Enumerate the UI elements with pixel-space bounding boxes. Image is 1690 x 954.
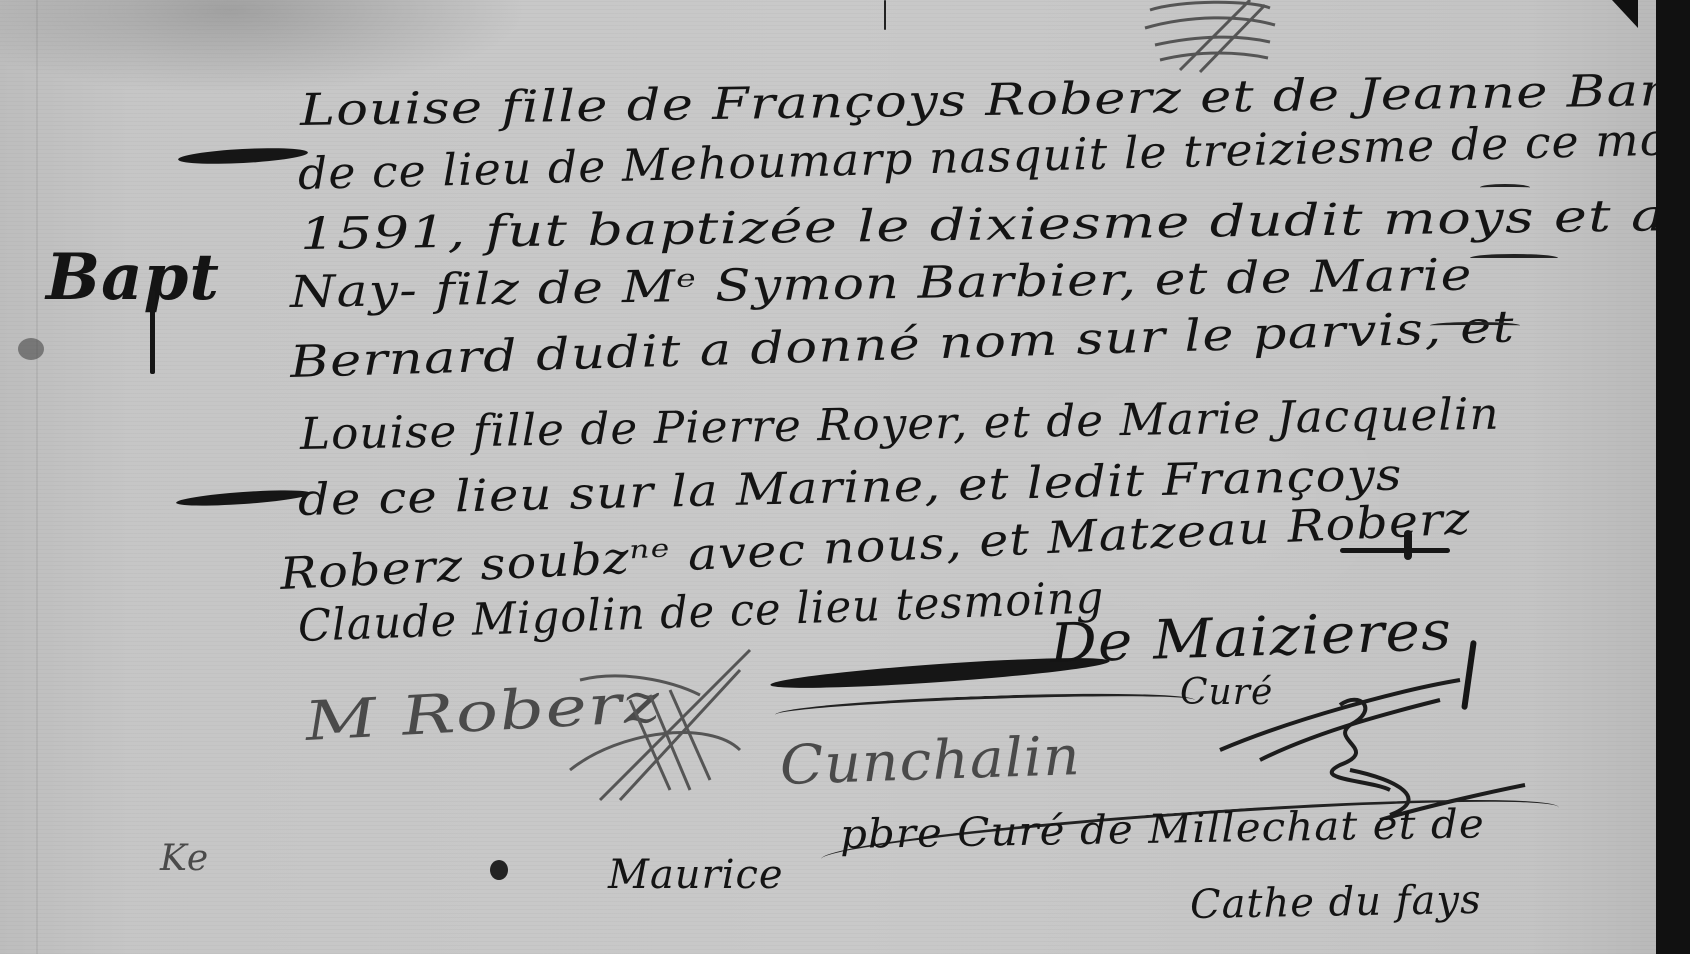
page-fold-line bbox=[36, 0, 38, 954]
entry-line-6: Louise fille de Pierre Royer, et de Mari… bbox=[300, 390, 1500, 460]
next-entry-margin: Ke bbox=[160, 838, 209, 879]
next-entry-line-1: pbre Curé de Millechat et de bbox=[840, 799, 1486, 860]
line-filler-3 bbox=[1480, 184, 1530, 191]
curate-under-stroke bbox=[775, 689, 1196, 727]
next-entry-line-2: Maurice bbox=[608, 850, 784, 900]
line-filler-4 bbox=[1470, 254, 1558, 262]
line-filler-5 bbox=[1430, 322, 1520, 329]
signature-de-maizieres: De Maizieres bbox=[1049, 599, 1453, 675]
entry-lead-stroke-1 bbox=[178, 146, 309, 167]
next-entry-line-3: Cathe du fays bbox=[1190, 875, 1482, 930]
top-small-tick bbox=[884, 0, 886, 30]
margin-note-bapt: Bapt bbox=[46, 240, 220, 315]
margin-ink-blot bbox=[18, 338, 44, 360]
curate-paraph bbox=[1200, 670, 1530, 820]
signature-cunchalin: Cunchalin bbox=[779, 724, 1082, 797]
cross-mark-stroke bbox=[1340, 548, 1450, 553]
top-flourish-scribble bbox=[1140, 0, 1280, 80]
next-entry-blot bbox=[490, 860, 508, 880]
cross-mark-vertical bbox=[1404, 530, 1412, 560]
scan-edge-border bbox=[1656, 0, 1690, 954]
page-corner bbox=[1612, 0, 1638, 28]
entry-lead-stroke-2 bbox=[176, 487, 312, 508]
margin-bapt-descender bbox=[150, 290, 155, 374]
register-page: Bapt Louise fille de Françoys Roberz et … bbox=[0, 0, 1660, 954]
signature-roberz-paraph bbox=[560, 640, 760, 810]
